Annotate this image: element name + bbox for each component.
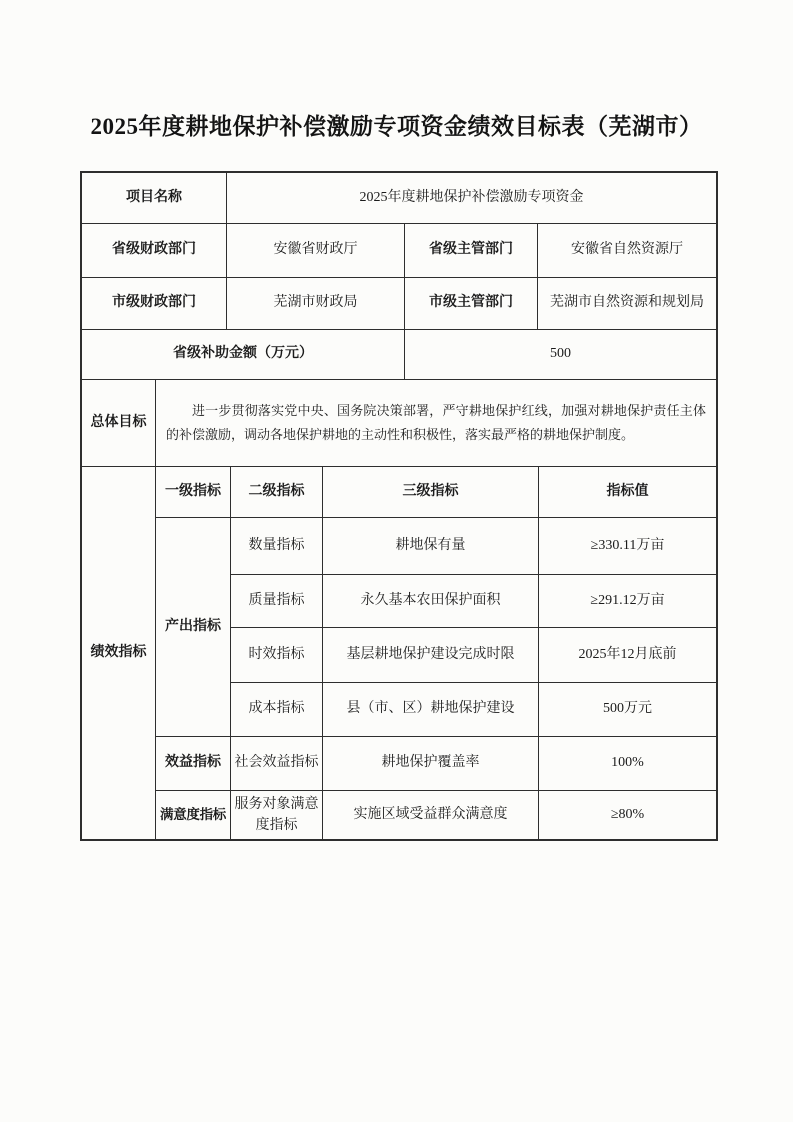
overall-goal-text: 进一步贯彻落实党中央、国务院决策部署，严守耕地保护红线，加强对耕地保护责任主体的… [162,399,710,447]
city-finance-value: 芜湖市财政局 [227,278,405,330]
output-group-label: 产出指标 [156,518,231,737]
satisfaction-row-level3: 实施区域受益群众满意度 [323,791,539,839]
overall-goal-section: 总体目标 进一步贯彻落实党中央、国务院决策部署，严守耕地保护红线，加强对耕地保护… [82,380,716,467]
indicator-row-quantity-level2: 数量指标 [231,518,323,575]
indicator-row-timeliness-value: 2025年12月底前 [539,628,716,683]
satisfaction-row-level2: 服务对象满意度指标 [231,791,323,839]
document-page: 2025年度耕地保护补偿激励专项资金绩效目标表（芜湖市） 项目名称 2025年度… [0,0,793,1122]
benefit-row-level3: 耕地保护覆盖率 [323,737,539,791]
subsidy-amount-value: 500 [405,330,716,380]
indicators-section: 绩效指标 一级指标 二级指标 三级指标 指标值 产出指标 数量指标 耕地保有量 … [82,467,716,839]
header-level3: 三级指标 [323,467,539,518]
city-authority-value: 芜湖市自然资源和规划局 [538,278,716,330]
provincial-authority-label: 省级主管部门 [405,224,538,278]
document-title: 2025年度耕地保护补偿激励专项资金绩效目标表（芜湖市） [0,108,793,141]
provincial-finance-value: 安徽省财政厅 [227,224,405,278]
overall-goal-cell: 进一步贯彻落实党中央、国务院决策部署，严守耕地保护红线，加强对耕地保护责任主体的… [156,380,716,467]
performance-target-table: 项目名称 2025年度耕地保护补偿激励专项资金 省级财政部门 安徽省财政厅 省级… [80,171,718,841]
header-value: 指标值 [539,467,716,518]
indicator-row-timeliness-level2: 时效指标 [231,628,323,683]
indicator-row-quantity-level3: 耕地保有量 [323,518,539,575]
basic-info-section: 项目名称 2025年度耕地保护补偿激励专项资金 省级财政部门 安徽省财政厅 省级… [82,173,716,380]
overall-goal-label: 总体目标 [82,380,156,467]
indicator-row-cost-level2: 成本指标 [231,683,323,737]
subsidy-amount-label: 省级补助金额（万元） [82,330,405,380]
benefit-row-value: 100% [539,737,716,791]
provincial-authority-value: 安徽省自然资源厅 [538,224,716,278]
indicator-row-cost-level3: 县（市、区）耕地保护建设 [323,683,539,737]
indicator-row-quality-value: ≥291.12万亩 [539,575,716,628]
header-level2: 二级指标 [231,467,323,518]
indicator-row-timeliness-level3: 基层耕地保护建设完成时限 [323,628,539,683]
indicator-row-quality-level2: 质量指标 [231,575,323,628]
project-name-value: 2025年度耕地保护补偿激励专项资金 [227,173,716,224]
header-level1: 一级指标 [156,467,231,518]
city-authority-label: 市级主管部门 [405,278,538,330]
satisfaction-row-level1: 满意度指标 [156,791,231,839]
indicator-row-cost-value: 500万元 [539,683,716,737]
indicator-row-quality-level3: 永久基本农田保护面积 [323,575,539,628]
project-name-label: 项目名称 [82,173,227,224]
benefit-row-level2: 社会效益指标 [231,737,323,791]
indicator-row-quantity-value: ≥330.11万亩 [539,518,716,575]
indicators-section-label: 绩效指标 [82,467,156,839]
provincial-finance-label: 省级财政部门 [82,224,227,278]
benefit-row-level1: 效益指标 [156,737,231,791]
city-finance-label: 市级财政部门 [82,278,227,330]
satisfaction-row-value: ≥80% [539,791,716,839]
